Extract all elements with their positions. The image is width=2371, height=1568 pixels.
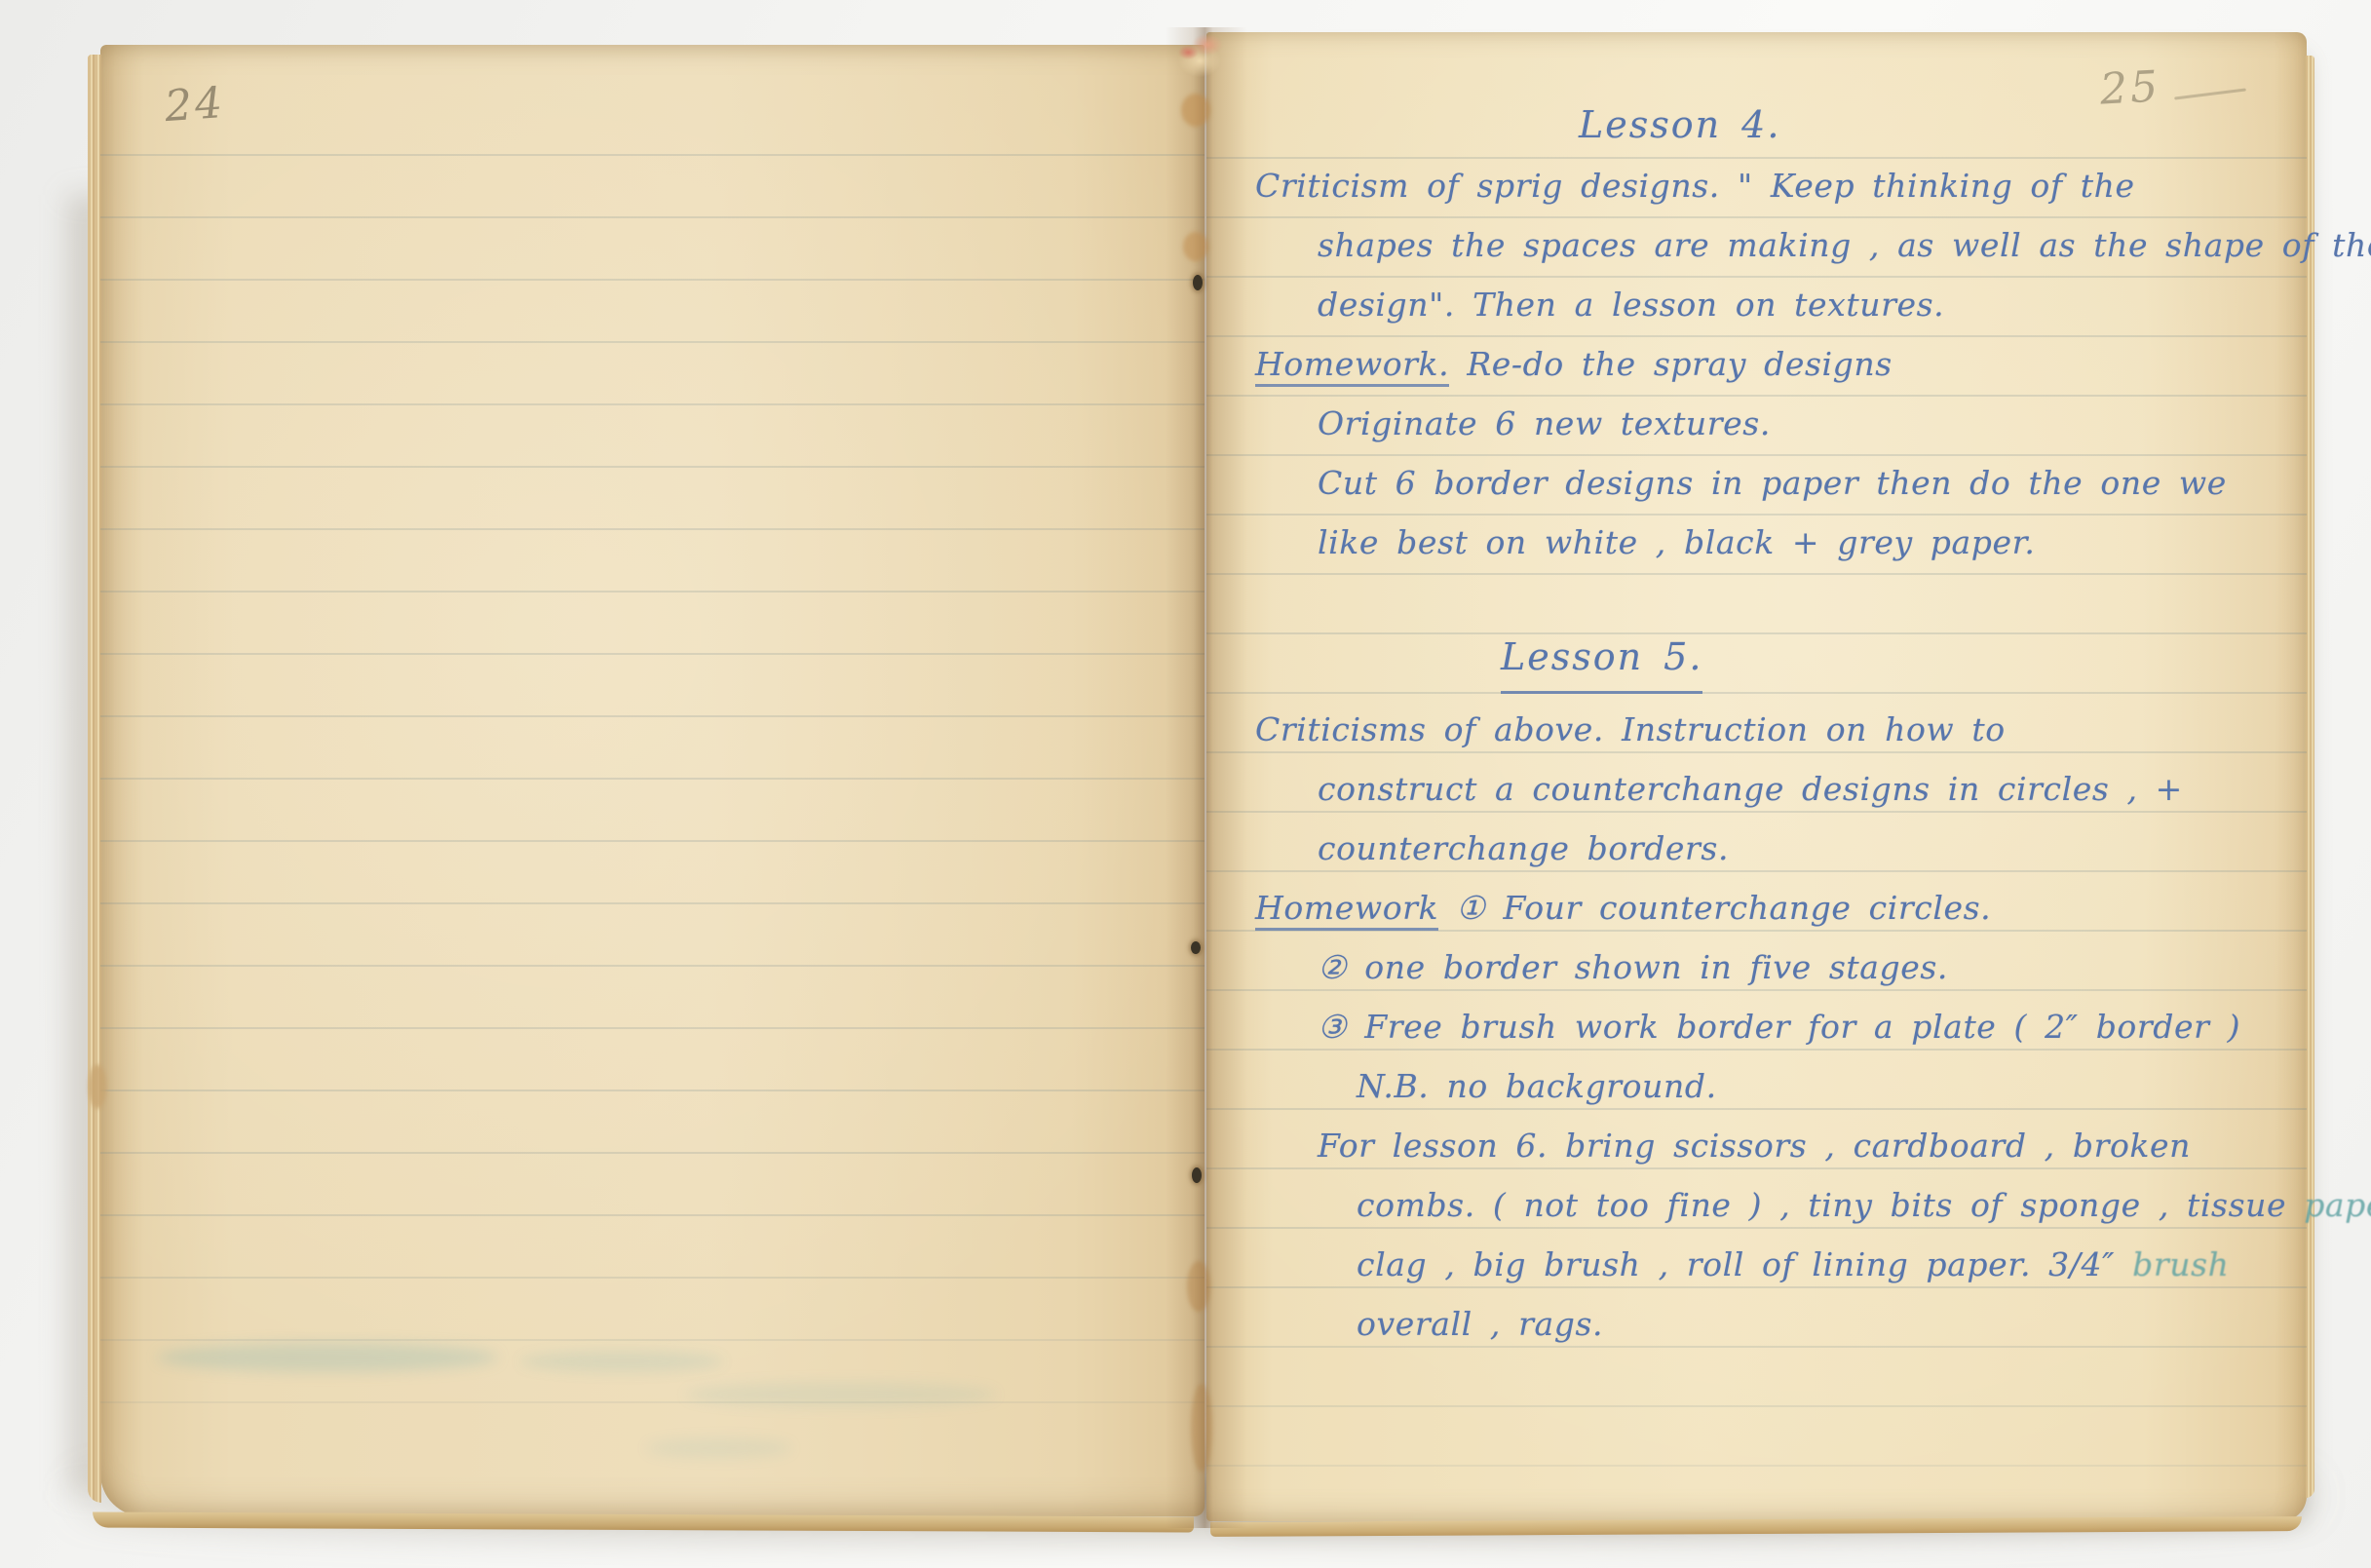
handwriting-line: Cut 6 border designs in paper then do th… xyxy=(1318,453,2294,513)
ink-smudge xyxy=(519,1351,724,1372)
lesson-heading: Lesson 5. xyxy=(1501,631,1702,694)
handwriting-line: For lesson 6. bring scissors , cardboard… xyxy=(1318,1116,2294,1175)
handwriting-line: like best on white , black + grey paper. xyxy=(1318,513,2294,572)
handwriting-line: Homework ① Four counterchange circles. xyxy=(1255,878,2294,937)
lesson-section: Lesson 4.Criticism of sprig designs. " K… xyxy=(1255,96,2294,572)
handwriting-line: Homework. Re-do the spray designs xyxy=(1255,334,2294,394)
underlined-word: Homework. xyxy=(1255,345,1449,387)
stain xyxy=(1191,1384,1212,1472)
stitch-hole xyxy=(1193,275,1203,290)
handwriting-line: combs. ( not too fine ) , tiny bits of s… xyxy=(1357,1175,2294,1235)
faded-ink-word: brush xyxy=(2132,1245,2229,1283)
underlined-word: Homework xyxy=(1255,889,1438,931)
stitch-hole xyxy=(1191,941,1201,954)
handwriting-line: clag , big brush , roll of lining paper.… xyxy=(1357,1235,2294,1294)
handwriting-line: construct a counterchange designs in cir… xyxy=(1318,759,2294,819)
stain xyxy=(1183,232,1208,261)
ink-smudge xyxy=(646,1438,792,1458)
right-page: 25 Lesson 4.Criticism of sprig designs. … xyxy=(1206,32,2307,1521)
handwriting-line: shapes the spaces are making , as well a… xyxy=(1318,215,2294,275)
handwriting-line: N.B. no background. xyxy=(1357,1056,2294,1116)
notebook-photo: 24 25 Lesson 4.Criticism of sprig design… xyxy=(0,0,2371,1568)
page-number-24: 24 xyxy=(163,78,226,132)
lesson-section: Lesson 5.Criticisms of above. Instructio… xyxy=(1255,631,2294,1354)
faded-ink-word: paper xyxy=(2304,1186,2371,1224)
lesson-heading: Lesson 4. xyxy=(1579,96,2294,156)
torn-paper-top xyxy=(1166,25,1242,90)
handwriting-line: ② one border shown in five stages. xyxy=(1318,937,2294,997)
handwriting-line: Originate 6 new textures. xyxy=(1318,394,2294,453)
handwriting-line: overall , rags. xyxy=(1357,1294,2294,1354)
handwriting: Lesson 4.Criticism of sprig designs. " K… xyxy=(1255,96,2294,1354)
worn-edge-nick xyxy=(89,1064,106,1109)
ruled-lines xyxy=(100,154,1205,1460)
handwriting-line: design". Then a lesson on textures. xyxy=(1318,275,2294,334)
ink-smudge xyxy=(685,1382,997,1407)
handwriting-line: counterchange borders. xyxy=(1318,819,2294,878)
stitch-hole xyxy=(1192,1167,1202,1183)
handwriting-line: ③ Free brush work border for a plate ( 2… xyxy=(1318,997,2294,1056)
stain xyxy=(1181,94,1210,127)
handwriting-line: Criticisms of above. Instruction on how … xyxy=(1255,700,2294,759)
ink-smudge xyxy=(157,1343,498,1372)
handwriting-line: Criticism of sprig designs. " Keep think… xyxy=(1255,156,2294,215)
stain xyxy=(1187,1261,1210,1312)
left-page: 24 xyxy=(100,45,1205,1516)
